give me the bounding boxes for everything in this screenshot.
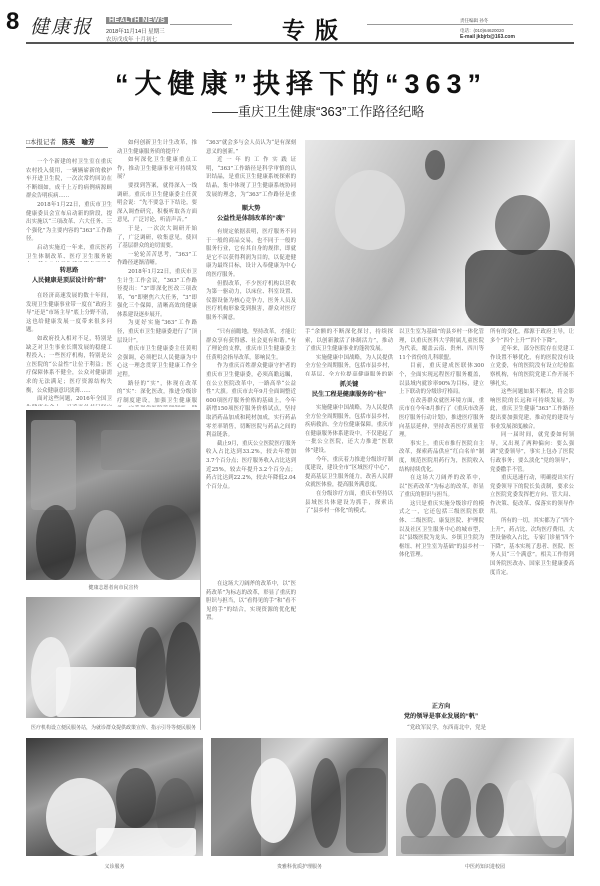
banner xyxy=(101,430,201,470)
byline-prefix: □本报记者 xyxy=(26,139,56,146)
child xyxy=(506,780,534,838)
paragraph: 实施健康中国战略，为人民提供全方位全周期服务，包括市县乡村，疾病救治、全方位健康… xyxy=(305,404,393,456)
paragraph: 在经济高速发展的数十年间，发现卫生健康事业带一度在“政府主导”还是“市场主导”底… xyxy=(26,292,112,335)
child xyxy=(441,778,471,838)
paragraph: 这只是重庆实施分级诊疗的模式之一，它还包括三级医院医联体、二级医院、康复医院、护… xyxy=(399,500,484,560)
article-column-5: 以卫生室为基础”的县乡村一体化管理，以重庆医科大学附属儿童医院为代表，覆盖云南、… xyxy=(399,328,484,690)
english-name-badge: HEALTH NEWS xyxy=(106,17,168,24)
paragraph: 所有的变化，都源于政府主导，让多个“四个上升”“四个下降”。 xyxy=(490,328,574,345)
paragraph: 近年来，部分医院存在党建工作设置不够优化，有的医院没有设立党委，有的医院没有设立… xyxy=(490,345,574,388)
article-column-3-top: “363”就会多与会人员认为“是有深刻意义的创新。” 近一年的工作实践证明，“3… xyxy=(206,139,296,199)
column-divider xyxy=(200,330,201,730)
paragraph: 截止9月，重庆公立医院医疗服务收入占比达到33.2%，较去年增加3.7个百分点；… xyxy=(206,440,296,492)
article-subheadline: ——重庆卫生健康“363”工作路径纪略 xyxy=(212,101,424,120)
byline: □本报记者陈英 喻芳 xyxy=(26,137,108,148)
article-column-4-top: 手“余额的不断深化探讨，持续探索，以创新激活了体制活力”，推动了重庆卫生健康事业… xyxy=(305,328,393,376)
issue-date: 2018年11月14日 星期三 xyxy=(106,27,165,35)
paragraph: 在改善群众就医环境方面，重庆市在今年8月推行了《重庆市改善医疗服务行动计划》，推… xyxy=(399,397,484,440)
paragraph: 同一届时间，就党委如何领导，又出现了两种偏向：要么强调“党委领导”，事实上包办了… xyxy=(490,431,574,474)
photo-tcm-campus xyxy=(396,738,574,856)
service-counter xyxy=(56,667,136,717)
person xyxy=(36,505,76,580)
section-kicker: 转思路 xyxy=(26,266,112,276)
paragraph: 在分级诊疗方面，重庆市坚持以县域医共体建设为抓手，探索出了“县乡村一体化”的模式… xyxy=(305,490,393,516)
paragraph: 作为重庆百姓群众健康守护者的重庆市卫生健康委，必须高瞻远瞩，在公立医院改革中，一… xyxy=(206,362,296,439)
paragraph: 重庆市卫生健康委主任黄明会强调，必须把以人民健康为中心这一理念贯穿卫生健康工作全… xyxy=(117,345,197,379)
article-column-6: 所有的变化，都源于政府主导，让多个“四个上升”“四个下降”。 近年来，部分医院存… xyxy=(490,328,574,728)
nurse-crouching xyxy=(251,758,296,843)
person xyxy=(141,505,196,580)
visitor xyxy=(116,768,156,828)
section-title: 公益性是体制改革的“魂” xyxy=(206,214,296,224)
section-title: 党的领导是事业发展的“帆” xyxy=(396,712,486,722)
paragraph: 重庆迅速行动，明确提出实行党委领导下的院长负责制，要求公立医院党委发挥把方向、管… xyxy=(490,474,574,517)
paragraph: 手“余额的不断深化探讨，持续探索，以创新激活了体制活力”，推动了重庆卫生健康事业… xyxy=(305,328,393,354)
section-heading-2: 顺大势 公益性是体制改革的“魂” xyxy=(206,204,296,224)
paragraph: 2018年1月22日，重庆市卫生健康委员会宣布启动新的阶段，提出实施以“三项改革… xyxy=(26,201,112,244)
child-figure xyxy=(311,758,341,848)
section-kicker: 顺大势 xyxy=(206,204,296,214)
person xyxy=(86,510,126,580)
article-column-1-bottom: 在经济高速发展的数十年间，发现卫生健康事业带一度在“政府主导”还是“市场主导”底… xyxy=(26,292,112,406)
section-heading-1: 转思路 人民健康是顶层设计的“纲” xyxy=(26,266,112,286)
paragraph: 以卫生室为基础”的县乡村一体化管理，以重庆医科大学附属儿童医院为代表，覆盖云南、… xyxy=(399,328,484,362)
page-number: 8 xyxy=(6,10,19,34)
article-column-3-bottom: “只有前瞻地，坚持改革，才能让群众享有获得感、社会更有和谐。”有了理论的支撑，重… xyxy=(206,328,296,578)
building xyxy=(31,420,76,510)
paragraph: 在这场大刀阔斧的改革中，以“医药改革”为标志的改革，彰显了重庆的胆识与担当。 xyxy=(399,474,484,500)
paragraph: 今年，重庆着力推进分级诊疗制度建设，建设全市“区域医疗中心”，提高基层卫生服务能… xyxy=(305,456,393,490)
section-heading-4: 正方向 党的领导是事业发展的“帆” xyxy=(396,702,486,722)
patient-clothing xyxy=(465,250,575,326)
photo-nurse-with-patient xyxy=(305,140,575,326)
paragraph: 要找到答案，就得深入一线调研。重庆市卫生健康委主任黄明会说：“先不要急于下结论，… xyxy=(117,182,197,225)
paragraph: 于是，一次次大调研开始了，广泛调研，收集意见，使回了基层群众的迫切需要。 xyxy=(117,225,197,251)
section-title: 专版 xyxy=(282,12,348,45)
article-column-3-mid: 有规定依据表明，医疗服务不同于一般的商品交易，也不同于一般的服务行业，它有其自身… xyxy=(206,228,296,326)
paragraph: 为更好实施“363”工作路径，重庆市卫生健康委进行了“顶层设计”。 xyxy=(117,319,197,345)
child xyxy=(406,783,436,838)
newspaper-name: 健康报 xyxy=(30,12,93,39)
wall-frame xyxy=(425,150,445,180)
visitor xyxy=(166,622,201,717)
article-column-1-top: 一个个新建的村卫生室在重庆农村投入使用，一辆辆崭新的救护车开进卫生院，一次次常约… xyxy=(26,158,112,262)
photo-caption: 贵雅科优质护理服务 xyxy=(211,863,388,870)
paragraph: 但假改革，不少医疗机构以营收为第一驱动力，以床位、科室设置、仪器设备为核心竞争力… xyxy=(206,280,296,323)
hospital-bed xyxy=(346,768,386,853)
section-heading-3: 抓关键 民生工程是健康服务的“柱” xyxy=(305,380,393,400)
paragraph: 如何深化卫生健康重点工作，推动卫生健康事业可持续发展？ xyxy=(117,156,197,182)
section-title: 民生工程是健康服务的“柱” xyxy=(305,390,393,400)
article-section-4-lead: “党政军民学，东西南北中，党是领导一切的。” xyxy=(396,724,486,733)
article-column-4: 实施健康中国战略，为人民提供全方位全周期服务，包括市县乡村，疾病救治、全方位健康… xyxy=(305,404,393,689)
paragraph: 2018年1月22日，重庆市卫生计生工作会议，“363”工作路径提出：“3”即深… xyxy=(117,268,197,320)
paragraph: 事实上，重庆市推行医院自主改革，探索药品供应“红白名单”制度，规范医院用药行为，… xyxy=(399,440,484,474)
byline-authors: 陈英 喻芳 xyxy=(62,139,95,146)
section-title: 人民健康是顶层设计的“纲” xyxy=(26,276,112,286)
photo-free-clinic xyxy=(26,738,203,856)
photo-caption: 医疗机构设立便民服务站，为就诊群众提供政策宣传、指示引导等便民服务 xyxy=(26,724,201,731)
paragraph: 近一年的工作实践证明，“363”工作路径是科学审慎的认识结晶，是重庆卫生健康系统… xyxy=(206,156,296,199)
paragraph: “党政军民学，东西南北中，党是领导一切的。” xyxy=(396,724,486,733)
paragraph: 路径的“实”，体现在改革的“实”：深化医改，推进分级诊疗制度建设，加强卫生健康服… xyxy=(117,380,197,407)
paragraph: 一轮轮苦苦思考，“363”工作路径逐渐清晰。 xyxy=(117,251,197,268)
clinic-table xyxy=(96,828,196,856)
editor-credit: 责任编辑 孙冬 xyxy=(460,18,488,24)
paragraph: 一个个新建的村卫生室在重庆农村投入使用，一辆辆崭新的救护车开进卫生院，一次次常约… xyxy=(26,158,112,201)
article-column-2: 如何创新卫生计生改革，推动卫生健康服务质的提升？ 如何深化卫生健康重点工作，推动… xyxy=(117,139,197,407)
paragraph: 所有的一切，其实都为了“四个上升”，药占比、次均医疗费用，大型设备收入占比，专家… xyxy=(490,517,574,577)
paragraph: 这些问题如果不解决，将会影响医院的长远和可持续发展。为此，重庆卫生健康“363”… xyxy=(490,388,574,431)
child xyxy=(476,783,504,838)
paragraph: 实施健康中国战略，为人民提供全方位全周期服务，包括市县乡村，在基层、全方位提高健… xyxy=(305,354,393,376)
photo-caption: 健康志愿者向市民宣传 xyxy=(26,584,201,591)
paragraph: “只有前瞻地，坚持改革，才能让群众享有获得感、社会更有和谐。”有了理论的支撑，重… xyxy=(206,328,296,362)
section-kicker: 抓关键 xyxy=(305,380,393,390)
photo-pediatric-nursing xyxy=(211,738,388,856)
paragraph: “363”就会多与会人员认为“是有深刻意义的创新。” xyxy=(206,139,296,156)
masthead-rule xyxy=(26,42,574,44)
paragraph: 有规定依据表明，医疗服务不同于一般的商品交易，也不同于一般的服务行业，它有其自身… xyxy=(206,228,296,280)
paragraph: 面对这些问题，2016年全国卫生健康大会上，习近平总书记坚定抉择——实施健康中国… xyxy=(26,395,112,406)
article-column-3b: 在这场大刀阔斧的改革中，以“医药改革”为标志的改革，彰显了重庆的胆识与担当，以“… xyxy=(206,580,296,690)
herb-jars xyxy=(401,836,566,854)
patient-figure xyxy=(495,195,550,255)
photo-hospital-service-desk xyxy=(26,597,201,718)
paragraph: 目前，重庆建成医联体300个，全面实现远程医疗服务覆盖，以县域内就诊率90%为目… xyxy=(399,362,484,396)
visitor xyxy=(136,627,166,717)
masthead-meta-divider xyxy=(367,24,573,25)
photo-caption: 中医药知识进校园 xyxy=(396,863,574,870)
email-address: E-mail jkbjrb@163.com xyxy=(460,34,515,40)
photo-caption: 义诊服务 xyxy=(26,863,203,870)
section-kicker: 正方向 xyxy=(396,702,486,712)
photo-community-event xyxy=(26,410,201,580)
masthead-divider xyxy=(170,24,232,25)
paragraph: 如政府投入相对不足，特别是缺乏对卫生事业长期发展的稳健工程投入；一些医疗机构，特… xyxy=(26,335,112,395)
article-headline: “大健康”抉择下的“363” xyxy=(115,62,487,101)
paragraph: 启动实施近一年来，重庆医药卫生体制改革、医疗卫生服务能力、基本公共卫生建设等各项… xyxy=(26,244,112,262)
paragraph: 在这场大刀阔斧的改革中，以“医药改革”为标志的改革，彰显了重庆的胆识与担当，以“… xyxy=(206,580,296,623)
nurse-figure xyxy=(335,170,405,250)
paragraph: 如何创新卫生计生改革，推动卫生健康服务质的提升？ xyxy=(117,139,197,156)
